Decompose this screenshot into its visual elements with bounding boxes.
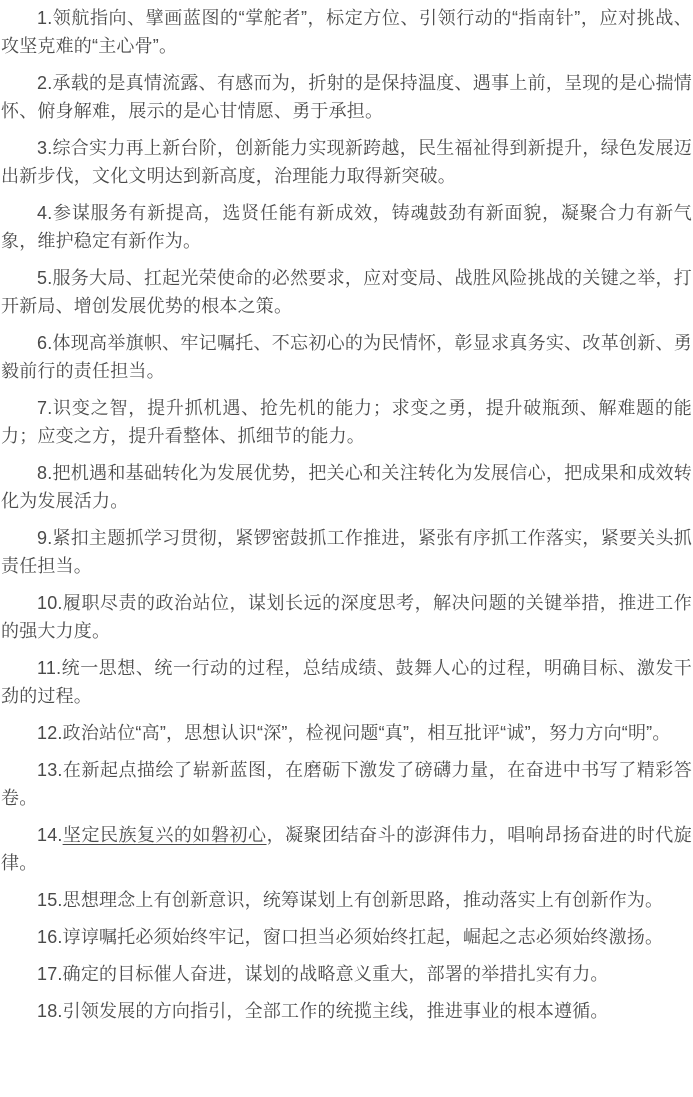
item-text: 参谋服务有新提高，选贤任能有新成效，铸魂鼓劲有新面貌，凝聚合力有新气象，维护稳定… xyxy=(1,203,692,251)
item-text: 紧扣主题抓学习贯彻，紧锣密鼓抓工作推进，紧张有序抓工作落实，紧要关头抓责任担当。 xyxy=(1,528,692,576)
list-item: 1.领航指向、擘画蓝图的“掌舵者”，标定方位、引领行动的“指南针”，应对挑战、攻… xyxy=(1,4,692,60)
item-text: 承载的是真情流露、有感而为，折射的是保持温度、遇事上前，呈现的是心揣情怀、俯身解… xyxy=(1,73,692,121)
list-item: 8.把机遇和基础转化为发展优势，把关心和关注转化为发展信心，把成果和成效转化为发… xyxy=(1,459,692,515)
item-text: 政治站位“高”，思想认识“深”，检视问题“真”，相互批评“诚”，努力方向“明”。 xyxy=(63,723,671,743)
item-text: 思想理念上有创新意识，统筹谋划上有创新思路，推动落实上有创新作为。 xyxy=(63,890,664,910)
item-text: 统一思想、统一行动的过程，总结成绩、鼓舞人心的过程，明确目标、激发干劲的过程。 xyxy=(1,658,692,706)
item-number: 2. xyxy=(37,73,52,93)
item-text: 领航指向、擘画蓝图的“掌舵者”，标定方位、引领行动的“指南针”，应对挑战、攻坚克… xyxy=(1,8,692,56)
item-number: 6. xyxy=(37,333,52,353)
document-page: 1.领航指向、擘画蓝图的“掌舵者”，标定方位、引领行动的“指南针”，应对挑战、攻… xyxy=(1,4,692,1025)
list-item: 14.坚定民族复兴的如磐初心，凝聚团结奋斗的澎湃伟力，唱响昂扬奋进的时代旋律。 xyxy=(1,821,692,877)
item-number: 5. xyxy=(37,268,52,288)
item-text: 识变之智，提升抓机遇、抢先机的能力；求变之勇，提升破瓶颈、解难题的能力；应变之方… xyxy=(1,398,692,446)
list-item: 10.履职尽责的政治站位，谋划长远的深度思考，解决问题的关键举措，推进工作的强大… xyxy=(1,589,692,645)
list-item: 3.综合实力再上新台阶，创新能力实现新跨越，民生福祉得到新提升，绿色发展迈出新步… xyxy=(1,134,692,190)
item-text: 谆谆嘱托必须始终牢记，窗口担当必须始终扛起，崛起之志必须始终激扬。 xyxy=(63,927,664,947)
list-item: 4.参谋服务有新提高，选贤任能有新成效，铸魂鼓劲有新面貌，凝聚合力有新气象，维护… xyxy=(1,199,692,255)
item-text: 把机遇和基础转化为发展优势，把关心和关注转化为发展信心，把成果和成效转化为发展活… xyxy=(1,463,692,511)
item-text: 服务大局、扛起光荣使命的必然要求，应对变局、战胜风险挑战的关键之举，打开新局、增… xyxy=(1,268,692,316)
list-item: 15.思想理念上有创新意识，统筹谋划上有创新思路，推动落实上有创新作为。 xyxy=(1,886,692,914)
list-item: 11.统一思想、统一行动的过程，总结成绩、鼓舞人心的过程，明确目标、激发干劲的过… xyxy=(1,654,692,710)
list-item: 7.识变之智，提升抓机遇、抢先机的能力；求变之勇，提升破瓶颈、解难题的能力；应变… xyxy=(1,394,692,450)
item-number: 3. xyxy=(37,138,52,158)
item-number: 9. xyxy=(37,528,52,548)
item-number: 15. xyxy=(37,890,63,910)
item-number: 1. xyxy=(37,8,52,28)
item-number: 16. xyxy=(37,927,63,947)
list-item: 16.谆谆嘱托必须始终牢记，窗口担当必须始终扛起，崛起之志必须始终激扬。 xyxy=(1,923,692,951)
item-number: 18. xyxy=(37,1001,63,1021)
list-item: 18.引领发展的方向指引，全部工作的统揽主线，推进事业的根本遵循。 xyxy=(1,997,692,1025)
list-item: 2.承载的是真情流露、有感而为，折射的是保持温度、遇事上前，呈现的是心揣情怀、俯… xyxy=(1,69,692,125)
item-text: 在新起点描绘了崭新蓝图，在磨砺下激发了磅礴力量，在奋进中书写了精彩答卷。 xyxy=(1,760,692,808)
item-number: 13. xyxy=(37,760,63,780)
item-number: 8. xyxy=(37,463,52,483)
list-item: 6.体现高举旗帜、牢记嘱托、不忘初心的为民情怀，彰显求真务实、改革创新、勇毅前行… xyxy=(1,329,692,385)
item-number: 11. xyxy=(37,658,61,678)
item-text: 引领发展的方向指引，全部工作的统揽主线，推进事业的根本遵循。 xyxy=(63,1001,609,1021)
list-item: 5.服务大局、扛起光荣使命的必然要求，应对变局、战胜风险挑战的关键之举，打开新局… xyxy=(1,264,692,320)
item-number: 17. xyxy=(37,964,63,984)
item-text: 综合实力再上新台阶，创新能力实现新跨越，民生福祉得到新提升，绿色发展迈出新步伐，… xyxy=(1,138,692,186)
list-item: 17.确定的目标催人奋进，谋划的战略意义重大，部署的举措扎实有力。 xyxy=(1,960,692,988)
item-text: 履职尽责的政治站位，谋划长远的深度思考，解决问题的关键举措，推进工作的强大力度。 xyxy=(1,593,692,641)
item-number: 4. xyxy=(37,203,52,223)
item-number: 10. xyxy=(37,593,63,613)
list-item: 13.在新起点描绘了崭新蓝图，在磨砺下激发了磅礴力量，在奋进中书写了精彩答卷。 xyxy=(1,756,692,812)
list-item: 12.政治站位“高”，思想认识“深”，检视问题“真”，相互批评“诚”，努力方向“… xyxy=(1,719,692,747)
list-item: 9.紧扣主题抓学习贯彻，紧锣密鼓抓工作推进，紧张有序抓工作落实，紧要关头抓责任担… xyxy=(1,524,692,580)
item-text: 确定的目标催人奋进，谋划的战略意义重大，部署的举措扎实有力。 xyxy=(63,964,609,984)
item-number: 12. xyxy=(37,723,63,743)
item-number: 7. xyxy=(37,398,52,418)
item-text: 体现高举旗帜、牢记嘱托、不忘初心的为民情怀，彰显求真务实、改革创新、勇毅前行的责… xyxy=(1,333,692,381)
underlined-phrase: 坚定民族复兴的如磐初心 xyxy=(63,825,267,845)
item-number: 14. xyxy=(37,825,63,845)
